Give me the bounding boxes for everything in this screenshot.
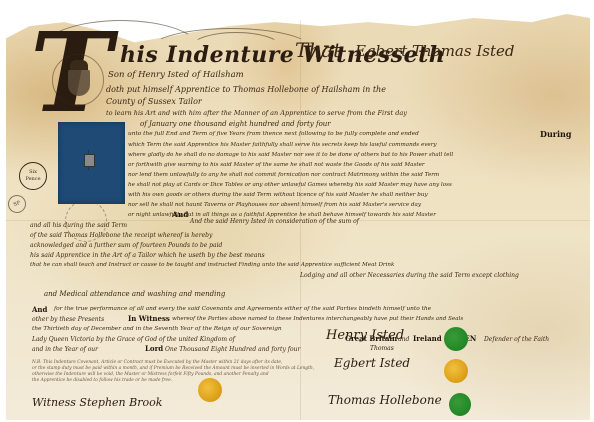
defender-of-faith: Defender of the Faith [484, 336, 549, 343]
body-line: nor lend them unlawfully to any he shall… [128, 172, 439, 178]
body-line: with his own goods or others during the … [128, 192, 428, 198]
body-line: his said Apprentice in the Art of a Tail… [30, 252, 265, 259]
body-line: and Medical attendance and washing and m… [44, 290, 225, 298]
covenant-line: and in the Year of our [32, 346, 98, 353]
green-wax-seal [449, 393, 471, 416]
shield-icon [68, 70, 90, 96]
stamp-emblem-icon [84, 154, 95, 167]
covenant-line: whereof the Parties above named to these… [172, 316, 463, 322]
body-line: of the said Thomas Hollebone the receipt… [30, 232, 212, 239]
gold-wax-seal [444, 359, 468, 383]
six-pence-line-2: Pence [20, 176, 46, 183]
body-line: he shall not play at Cards or Dice Table… [128, 182, 452, 188]
that-word: That [295, 38, 341, 62]
body-line: County of Sussex Tailor [106, 97, 202, 106]
footnote-line: the Apprentice be disabled to follow his… [32, 378, 172, 383]
year-text: One Thousand Eight Hundred and forty fou… [165, 346, 300, 353]
thomas-hollebone-signature: Thomas Hollebone [328, 393, 442, 407]
body-line: unto the full End and Term of five Years… [128, 131, 419, 137]
footnote-line: or the stamp duty must be paid within a … [32, 366, 314, 371]
covenant-line: for the true performance of all and ever… [54, 306, 431, 312]
six-pence-stamp: Six Pence [19, 162, 47, 190]
body-line: or forthwith give warning to his said Ma… [128, 162, 425, 168]
ireland: Ireland [413, 334, 442, 343]
body-line: Lodging and all other Necessaries during… [300, 272, 519, 279]
body-line: of January one thousand eight hundred an… [140, 120, 331, 128]
and-word: And [172, 210, 189, 219]
green-wax-seal [444, 327, 468, 351]
body-line: And the said Henry Isted in consideratio… [190, 218, 359, 225]
lord-word: Lord [145, 344, 163, 353]
apprentice-middle-name: Thomas [370, 345, 394, 352]
covenant-line: the Thirtieth day of December and in the… [32, 326, 282, 332]
covenant-and-word: And [32, 305, 47, 314]
body-line: Son of Henry Isted of Hailsham [108, 70, 244, 80]
footnote-line: N.B. This Indenture Covenant, Article or… [32, 360, 282, 365]
in-witness-heading: In Witness [128, 314, 170, 323]
gold-wax-seal [198, 378, 222, 402]
covenant-line: other by these Presents [32, 316, 104, 323]
body-line: acknowledged and a further sum of fourte… [30, 242, 222, 249]
royal-coat-of-arms-icon [62, 58, 96, 100]
body-line: where gladly do he shall do no damage to… [128, 152, 453, 158]
crown-icon [70, 60, 88, 70]
body-line: doth put himself Apprentice to Thomas Ho… [106, 85, 386, 94]
during-word: During [540, 129, 571, 139]
body-line: to learn his Art and with him after the … [106, 109, 407, 117]
witness-signature: Witness Stephen Brook [32, 396, 162, 409]
revenue-stamp [58, 122, 125, 204]
embossed-seal-icon [65, 200, 107, 242]
henry-isted-signature: Henry Isted [326, 328, 404, 343]
body-line: that he can shall teach and Instruct or … [30, 262, 394, 268]
body-line: nor sell he shall not haunt Taverns or P… [128, 202, 421, 208]
apprentice-name: Egbert Thomas Isted [355, 42, 514, 60]
six-pence-line-1: Six [20, 169, 46, 176]
covenant-line: Lady Queen Victoria by the Grace of God … [32, 336, 235, 343]
footnote-line: otherwise the Indenture will be void, th… [32, 372, 269, 377]
body-line: which Term the said Apprentice his Maste… [128, 142, 437, 148]
egbert-isted-signature: Egbert Isted [334, 356, 410, 370]
